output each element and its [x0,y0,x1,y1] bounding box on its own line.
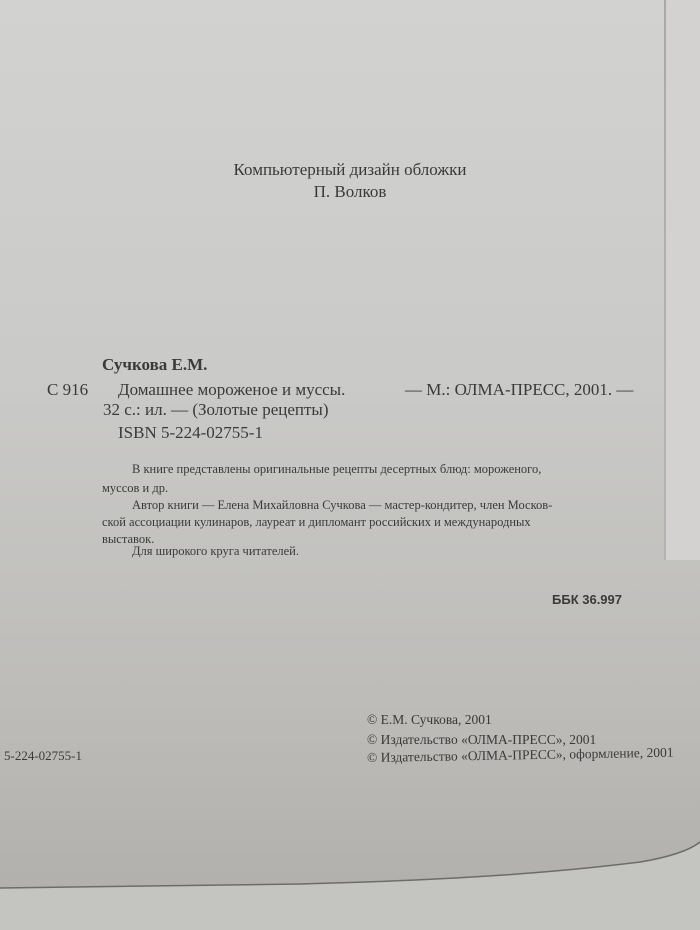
record-call-number: С 916 [47,380,88,400]
copyright-line: © Е.М. Сучкова, 2001 [367,712,492,728]
bbk-code: ББК 36.997 [552,592,622,607]
cover-designer-name: П. Волков [0,182,700,202]
record-author: Сучкова Е.М. [102,355,207,375]
record-pages-series: 32 с.: ил. — (Золотые рецепты) [103,400,329,420]
annotation-line: Для широкого круга читателей. [132,544,299,559]
record-isbn: ISBN 5-224-02755-1 [118,423,263,443]
page-fold-line [664,0,666,560]
isbn-footer: 5-224-02755-1 [4,748,82,764]
annotation-line: Автор книги — Елена Михайловна Сучкова —… [132,498,552,513]
cover-design-label: Компьютерный дизайн обложки [0,160,700,180]
annotation-line: ской ассоциации кулинаров, лауреат и дип… [102,515,531,530]
record-title: Домашнее мороженое и муссы. [118,380,345,400]
book-page: Компьютерный дизайн обложки П. Волков Су… [0,0,700,930]
record-publication: — М.: ОЛМА-ПРЕСС, 2001. — [405,380,633,400]
annotation-line: муссов и др. [102,481,168,496]
adjacent-page-edge [666,0,700,560]
annotation-line: В книге представлены оригинальные рецепт… [132,462,541,477]
